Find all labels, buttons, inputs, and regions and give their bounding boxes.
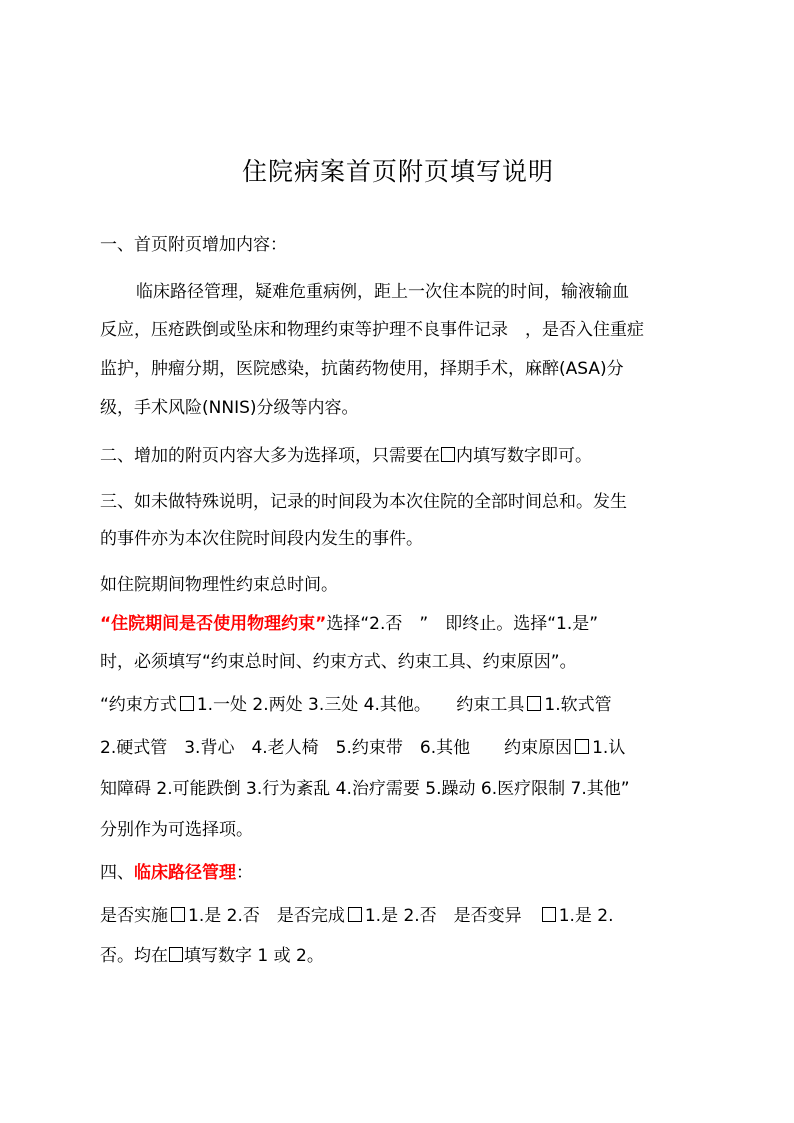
section1-heading: 一、首页附页增加内容：: [100, 232, 696, 258]
restraint-highlight: “住院期间是否使用物理约束”: [100, 614, 326, 634]
checkbox-square-icon: [527, 696, 541, 711]
section3-line-1: 三、如未做特殊说明，记录的时间段为本次住院的全部时间总和。发生: [100, 489, 696, 515]
checkbox-square-icon: [575, 739, 589, 754]
restraint-line-5: 知障碍 2.可能跌倒 3.行为紊乱 4.治疗需要 5.躁动 6.医疗限制 7.其…: [100, 776, 696, 802]
section2-text-after: 内填写数字即可。: [456, 446, 592, 466]
restraint-line-4: 2.硬式管 3.背心 4.老人椅 5.约束带 6.其他 约束原因1.认: [100, 735, 696, 761]
checkbox-square-icon: [169, 947, 183, 962]
section1-para-line-3: 监护，肿瘤分期，医院感染，抗菌药物使用，择期手术，麻醉(ASA)分: [100, 356, 696, 382]
section1-para-line-4: 级，手术风险(NNIS)分级等内容。: [100, 395, 696, 421]
restraint-line-3: “约束方式1.一处 2.两处 3.三处 4.其他。 约束工具1.软式管: [100, 692, 696, 718]
section4-heading-highlight: 临床路径管理: [134, 863, 236, 883]
page-title: 住院病案首页附页填写说明: [100, 152, 696, 192]
text: 临床路径管理，疑难危重病例，距上一次住本院的时间，输液输血: [136, 279, 629, 305]
restraint-line-1: “住院期间是否使用物理约束”选择“2.否 ” 即终止。选择“1.是”: [100, 611, 696, 637]
section2-text-before: 二、增加的附页内容大多为选择项，只需要在: [100, 446, 440, 466]
checkbox-square-icon: [348, 907, 362, 922]
restraint-method-label: “约束方式1.一处 2.两处 3.三处 4.其他。 约束工具1.软式管: [100, 692, 612, 718]
section1-para-line-2: 反应，压疮跌倒或坠床和物理约束等护理不良事件记录 ，是否入住重症: [100, 317, 696, 343]
checkbox-square-icon: [171, 907, 185, 922]
section4-heading: 四、临床路径管理：: [100, 860, 696, 886]
restraint-line-6: 分别作为可选择项。: [100, 817, 696, 843]
section4-line-1: 是否实施1.是 2.否 是否完成1.是 2.否 是否变异 1.是 2.: [100, 903, 696, 929]
checkbox-square-icon: [180, 696, 194, 711]
section3-line-3: 如住院期间物理性约束总时间。: [100, 572, 696, 598]
checkbox-square-icon: [441, 447, 455, 462]
restraint-line-2: 时，必须填写“约束总时间、约束方式、约束工具、约束原因”。: [100, 649, 696, 675]
checkbox-square-icon: [542, 907, 556, 922]
section2-text: 二、增加的附页内容大多为选择项，只需要在内填写数字即可。: [100, 443, 696, 469]
section3-line-2: 的事件亦为本次住院时间段内发生的事件。: [100, 526, 696, 552]
restraint-line-1-rest: 选择“2.否 ” 即终止。选择“1.是”: [326, 614, 598, 634]
section4-line-2: 否。均在填写数字 1 或 2。: [100, 943, 696, 969]
section1-para-line-1: 临床路径管理，疑难危重病例，距上一次住本院的时间，输液输血: [136, 279, 696, 305]
